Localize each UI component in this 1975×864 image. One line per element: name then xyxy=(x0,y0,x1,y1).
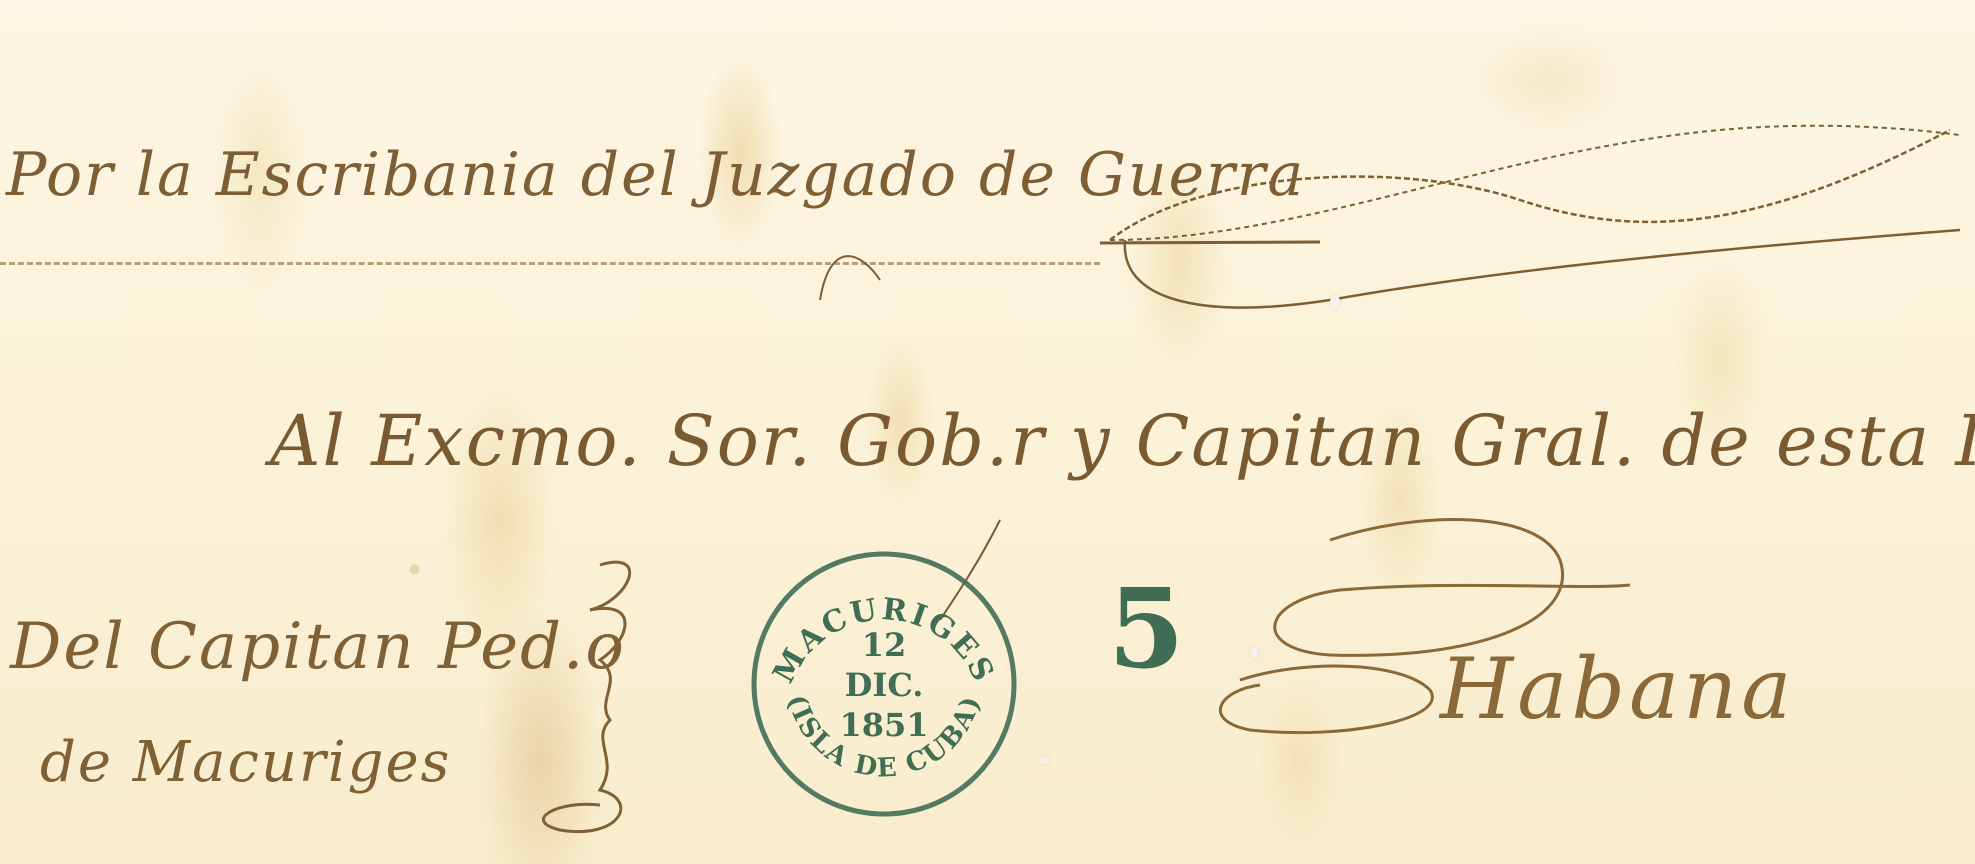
manuscript-heading: Por la Escribania del Juzgado de Guerra xyxy=(6,140,1305,210)
rate-mark: 5 xyxy=(1108,574,1185,684)
circular-datestamp: MACURIGES (ISLA DE CUBA) 12 DIC. 1851 xyxy=(748,548,1020,820)
svg-text:DIC.: DIC. xyxy=(845,666,924,704)
paper-blemish xyxy=(1330,295,1340,309)
postal-cover: Por la Escribania del Juzgado de Guerra … xyxy=(0,0,1975,864)
dashed-rule xyxy=(0,262,1100,265)
svg-text:12: 12 xyxy=(862,626,907,664)
paper-blemish xyxy=(1250,647,1259,659)
paper-blemish xyxy=(410,565,419,574)
sender-line-2: de Macuriges xyxy=(40,730,451,795)
svg-text:1851: 1851 xyxy=(839,706,928,744)
paper-blemish xyxy=(1040,756,1049,765)
addressee-line: Al Excmo. Sor. Gob.r y Capitan Gral. de … xyxy=(270,400,1975,482)
destination-city: Habana xyxy=(1440,640,1795,738)
sender-line-1: Del Capitan Ped.o xyxy=(10,610,626,684)
